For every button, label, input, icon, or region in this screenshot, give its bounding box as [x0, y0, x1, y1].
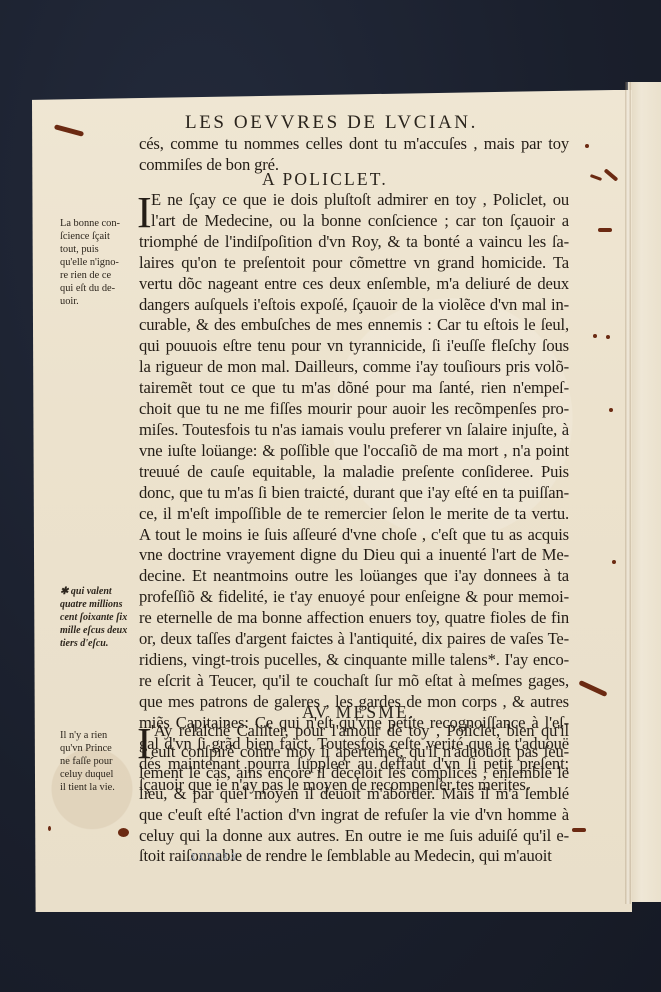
section-title-a-policlet: A POLICLET.: [262, 169, 388, 190]
text-line: E ne ſçay ce que ie dois pluſtoſt admire…: [139, 190, 569, 211]
note-line: celuy duquel: [60, 768, 142, 781]
text-line: vne iuſte loüange: & poſſible que l'occa…: [139, 441, 569, 462]
note-line: ✱ qui valent: [60, 585, 142, 598]
note-line: tout, puis: [60, 243, 142, 256]
note-line: tiers d'eſcu.: [60, 637, 142, 650]
note-line: qu'vn Prince: [60, 742, 142, 755]
text-line: la rigueur de mon mal. Dailleurs, comme …: [139, 357, 569, 378]
text-line: vertu dõc nageant entre ces deux enſembl…: [139, 274, 569, 295]
text-line: euſt conſpiré contre moy ſi apertemẽt, q…: [139, 742, 569, 763]
text-line: qui pouuois eſtre tenu pour vn tyrannici…: [139, 336, 569, 357]
section-title-au-mesme: AV MESME.: [302, 702, 416, 723]
text-line: re eternelle de ma bonne affection enuer…: [139, 608, 569, 629]
text-line: treuué de cauſe equitable, la maladie pr…: [139, 462, 569, 483]
margin-note-bonne-conscience: La bonne con- ſcience ſçait tout, puis q…: [60, 217, 142, 308]
note-line: ſcience ſçait: [60, 230, 142, 243]
text-line: cés, comme tu nommes celles dont tu m'ac…: [139, 134, 569, 155]
text-line: miſes. Toutesfois tu n'as iamais voulu p…: [139, 420, 569, 441]
faint-catchword: XXXXXX: [190, 852, 239, 863]
text-line: dangers auſquels i'eſtois expoſé, ſçauoi…: [139, 295, 569, 316]
text-line: re eſcrit à Teucer, qu'il te couchaſt ſu…: [139, 671, 569, 692]
note-line: cent ſoixante ſix: [60, 611, 142, 624]
text-line: lement le cas, ains encore il deceloit ſ…: [139, 763, 569, 784]
text-line: vne doctrine vrayement digne du Dieu qui…: [139, 545, 569, 566]
note-line: uoir.: [60, 295, 142, 308]
note-line: il tient la vie.: [60, 781, 142, 794]
margin-note-talens-value: ✱ qui valent quatre millions cent ſoixan…: [60, 585, 142, 650]
note-line: La bonne con-: [60, 217, 142, 230]
text-line: curable, & des embuſches de mes ennemis …: [139, 315, 569, 336]
note-line: mille eſcus deux: [60, 624, 142, 637]
note-line: Il n'y a rien: [60, 729, 142, 742]
text-line: que c'euſt eſté l'action d'vn ingrat de …: [139, 805, 569, 826]
note-line: qui eſt du de-: [60, 282, 142, 295]
note-line: qu'elle n'igno-: [60, 256, 142, 269]
margin-note-prince: Il n'y a rien qu'vn Prince ne faſſe pour…: [60, 729, 142, 794]
text-line: ce, il m'eſt impoſſible de te remercier …: [139, 504, 569, 525]
text-line: 'Ay relaſché Caliſter, pour l'amour de t…: [139, 721, 569, 742]
text-line: tairemẽt tout ce que tu m'as dõné pour m…: [139, 378, 569, 399]
text-line: decine. Et neantmoins outre les loüanges…: [139, 566, 569, 587]
note-line: quatre millions: [60, 598, 142, 611]
text-line: ridiens, vingt-trois pucelles, & cinquan…: [139, 650, 569, 671]
text-line: triomphé de l'indiſpoſition d'vn Roy, & …: [139, 232, 569, 253]
letter-au-mesme-body: 'Ay relaſché Caliſter, pour l'amour de t…: [139, 721, 569, 867]
text-line: celuy qui la donne aux autres. En outre …: [139, 826, 569, 847]
text-line: laires qu'on te preſentoit pour cõmettre…: [139, 253, 569, 274]
note-line: re rien de ce: [60, 269, 142, 282]
text-line: lieu, & par quel moyen il deuoit m'abord…: [139, 784, 569, 805]
text-line: donc, que tu m'as ſi bien traicté, duran…: [139, 483, 569, 504]
binding-gutter: [625, 82, 631, 904]
text-line: choit que tu ne me fiſſes mourir pour au…: [139, 399, 569, 420]
text-line: l'art de Medecine, ou la bonne conſcienc…: [139, 211, 569, 232]
text-line: A tout le moins ie ſuis aſſeuré d'vne ch…: [139, 525, 569, 546]
facing-page-edge: [628, 82, 661, 902]
text-line: or, deux taſſes d'argent faictes à l'ant…: [139, 629, 569, 650]
running-head: LES OEVVRES DE LVCIAN.: [185, 112, 525, 134]
note-line: ne faſſe pour: [60, 755, 142, 768]
text-line: profeſſiõ & fidelité, ie t'ay enuoyé pou…: [139, 587, 569, 608]
